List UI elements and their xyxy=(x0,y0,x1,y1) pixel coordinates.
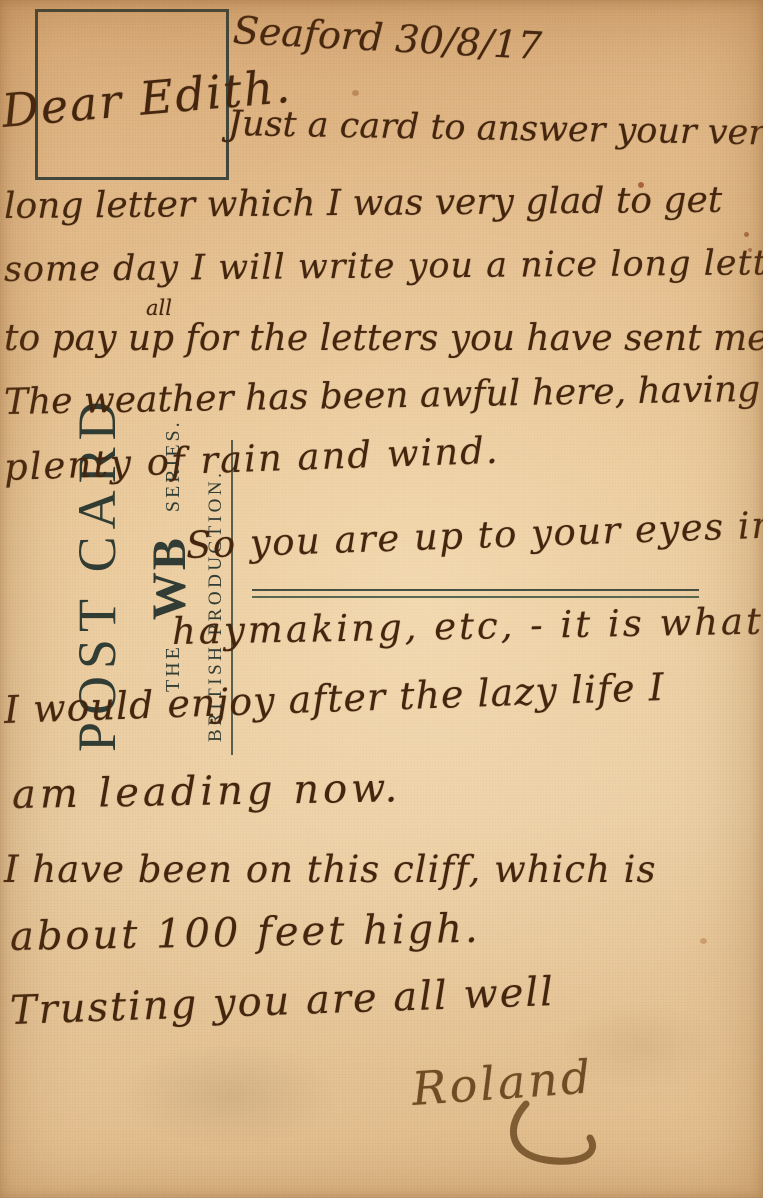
handwriting-line: long letter which I was very glad to get xyxy=(4,180,723,227)
postcard-scan: POST CARD THE WB SERIES. BRITISH PRODUCT… xyxy=(0,0,763,1198)
handwriting-line: The weather has been awful here, having xyxy=(4,369,761,423)
inserted-word: all xyxy=(146,296,172,320)
handwriting-line: to pay up for the letters you have sent … xyxy=(4,318,763,359)
handwriting-line: am leading now. xyxy=(12,765,402,818)
ink-speck xyxy=(638,182,644,188)
handwriting-line: Just a card to answer your very xyxy=(228,104,763,154)
message-divider-rule xyxy=(252,589,699,598)
paper-stain xyxy=(560,1000,720,1090)
handwriting-line: So you are up to your eyes in xyxy=(185,503,763,567)
handwriting-line: I have been on this cliff, which is xyxy=(4,848,657,891)
ink-speck xyxy=(748,248,752,252)
paper-stain xyxy=(700,938,707,944)
handwriting-line: haymaking, etc, - it is what xyxy=(172,600,763,653)
paper-stain xyxy=(120,1040,340,1150)
handwriting-line: some day I will write you a nice long le… xyxy=(4,243,763,290)
signature-flourish xyxy=(498,1096,628,1196)
ink-speck xyxy=(744,232,749,237)
handwriting-line: Trusting you are all well xyxy=(9,969,555,1034)
handwriting-line: about 100 feet high. xyxy=(10,906,481,960)
paper-stain xyxy=(352,90,359,96)
